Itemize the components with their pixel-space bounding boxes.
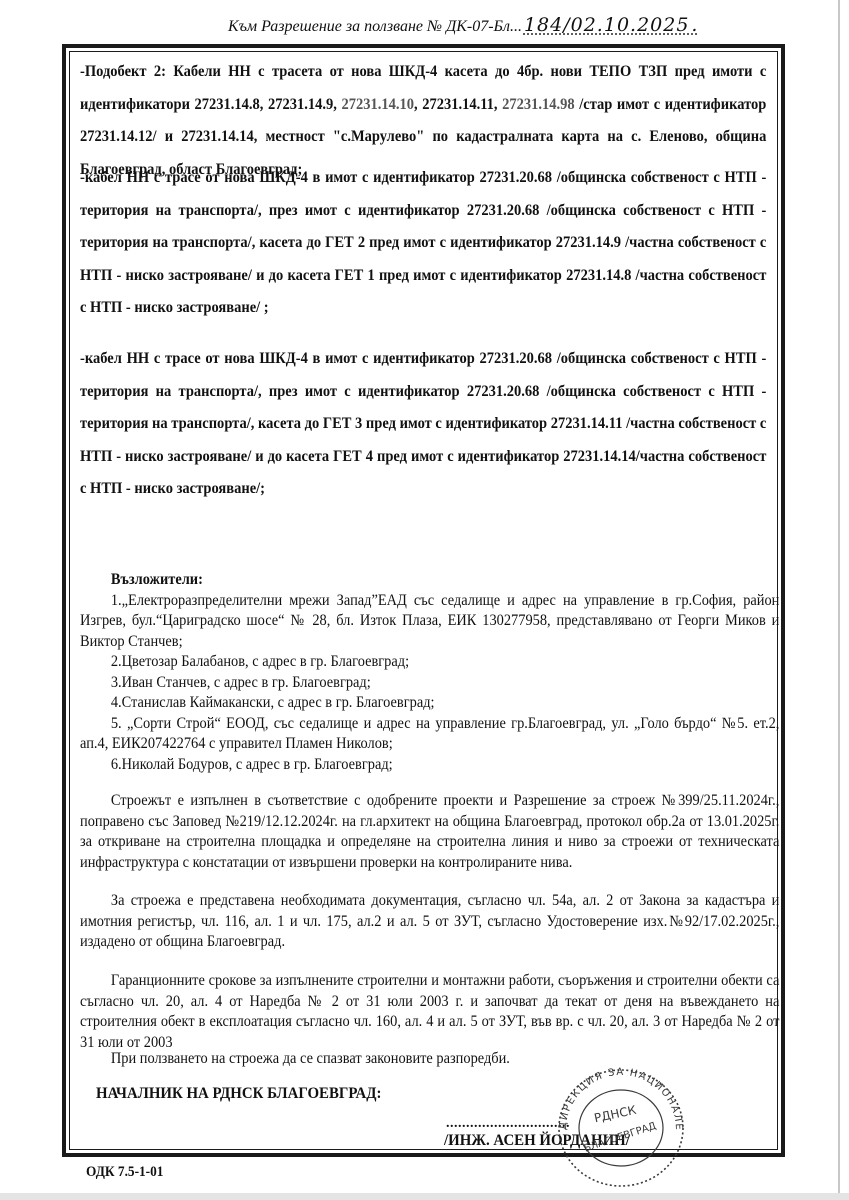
owners-section: Възложители: 1.„Електроразпределителни м… — [80, 570, 779, 775]
owner-item: 1.„Електроразпределителни мрежи Запад”ЕА… — [80, 591, 779, 653]
documentation-paragraph: За строежа е представена необходимата до… — [80, 891, 779, 953]
signer-name: /ИНЖ. АСЕН ЙОРДАНИН/ — [444, 1132, 630, 1150]
form-code: ОДК 7.5-1-01 — [86, 1164, 163, 1181]
owner-item: 6.Николай Бодуров, с адрес в гр. Благоев… — [80, 755, 779, 776]
chief-title: НАЧАЛНИК НА РДНСК БЛАГОЕВГРАД: — [96, 1085, 381, 1103]
owner-item: 3.Иван Станчев, с адрес в гр. Благоевгра… — [80, 673, 779, 694]
subobject-text-2: , 27231.14.11, — [414, 96, 502, 113]
subobject-id-grey-2: 27231.14.98 — [502, 96, 575, 113]
compliance-paragraph: Строежът е изпълнен в съответствие с одо… — [80, 791, 779, 873]
scan-edge-line — [838, 0, 840, 1200]
warranty-paragraph: Гаранционните срокове за изпълнените стр… — [80, 971, 779, 1053]
owner-item: 4.Станислав Каймакански, с адрес в гр. Б… — [80, 693, 779, 714]
document-frame: -Подобект 2: Кабели НН с трасета от нова… — [62, 44, 785, 1157]
owners-title: Възложители: — [80, 570, 779, 591]
owner-item: 2.Цветозар Балабанов, с адрес в гр. Благ… — [80, 652, 779, 673]
scan-bottom-band — [0, 1193, 849, 1200]
handwritten-suffix: . — [691, 14, 698, 36]
permit-reference-label: Към Разрешение за ползване № ДК-07-Бл... — [228, 18, 522, 35]
handwritten-permit-number: 184/02.10.2025 — [524, 14, 689, 36]
cable-route-2: -кабел НН с трасе от нова ШКД-4 в имот с… — [80, 343, 766, 506]
subobject-id-grey-1: 27231.14.10 — [341, 96, 414, 113]
usage-note-paragraph: При ползването на строежа да се спазват … — [80, 1049, 779, 1070]
owner-item: 5. „Сорти Строй“ ЕООД, със седалище и ад… — [80, 714, 779, 755]
permit-reference-header: Към Разрешение за ползване № ДК-07-Бл...… — [228, 14, 828, 40]
cable-route-1: -кабел НН с трасе от нова ШКД-4 в имот с… — [80, 162, 766, 325]
signature-dotted-line: ............................... — [446, 1116, 570, 1132]
